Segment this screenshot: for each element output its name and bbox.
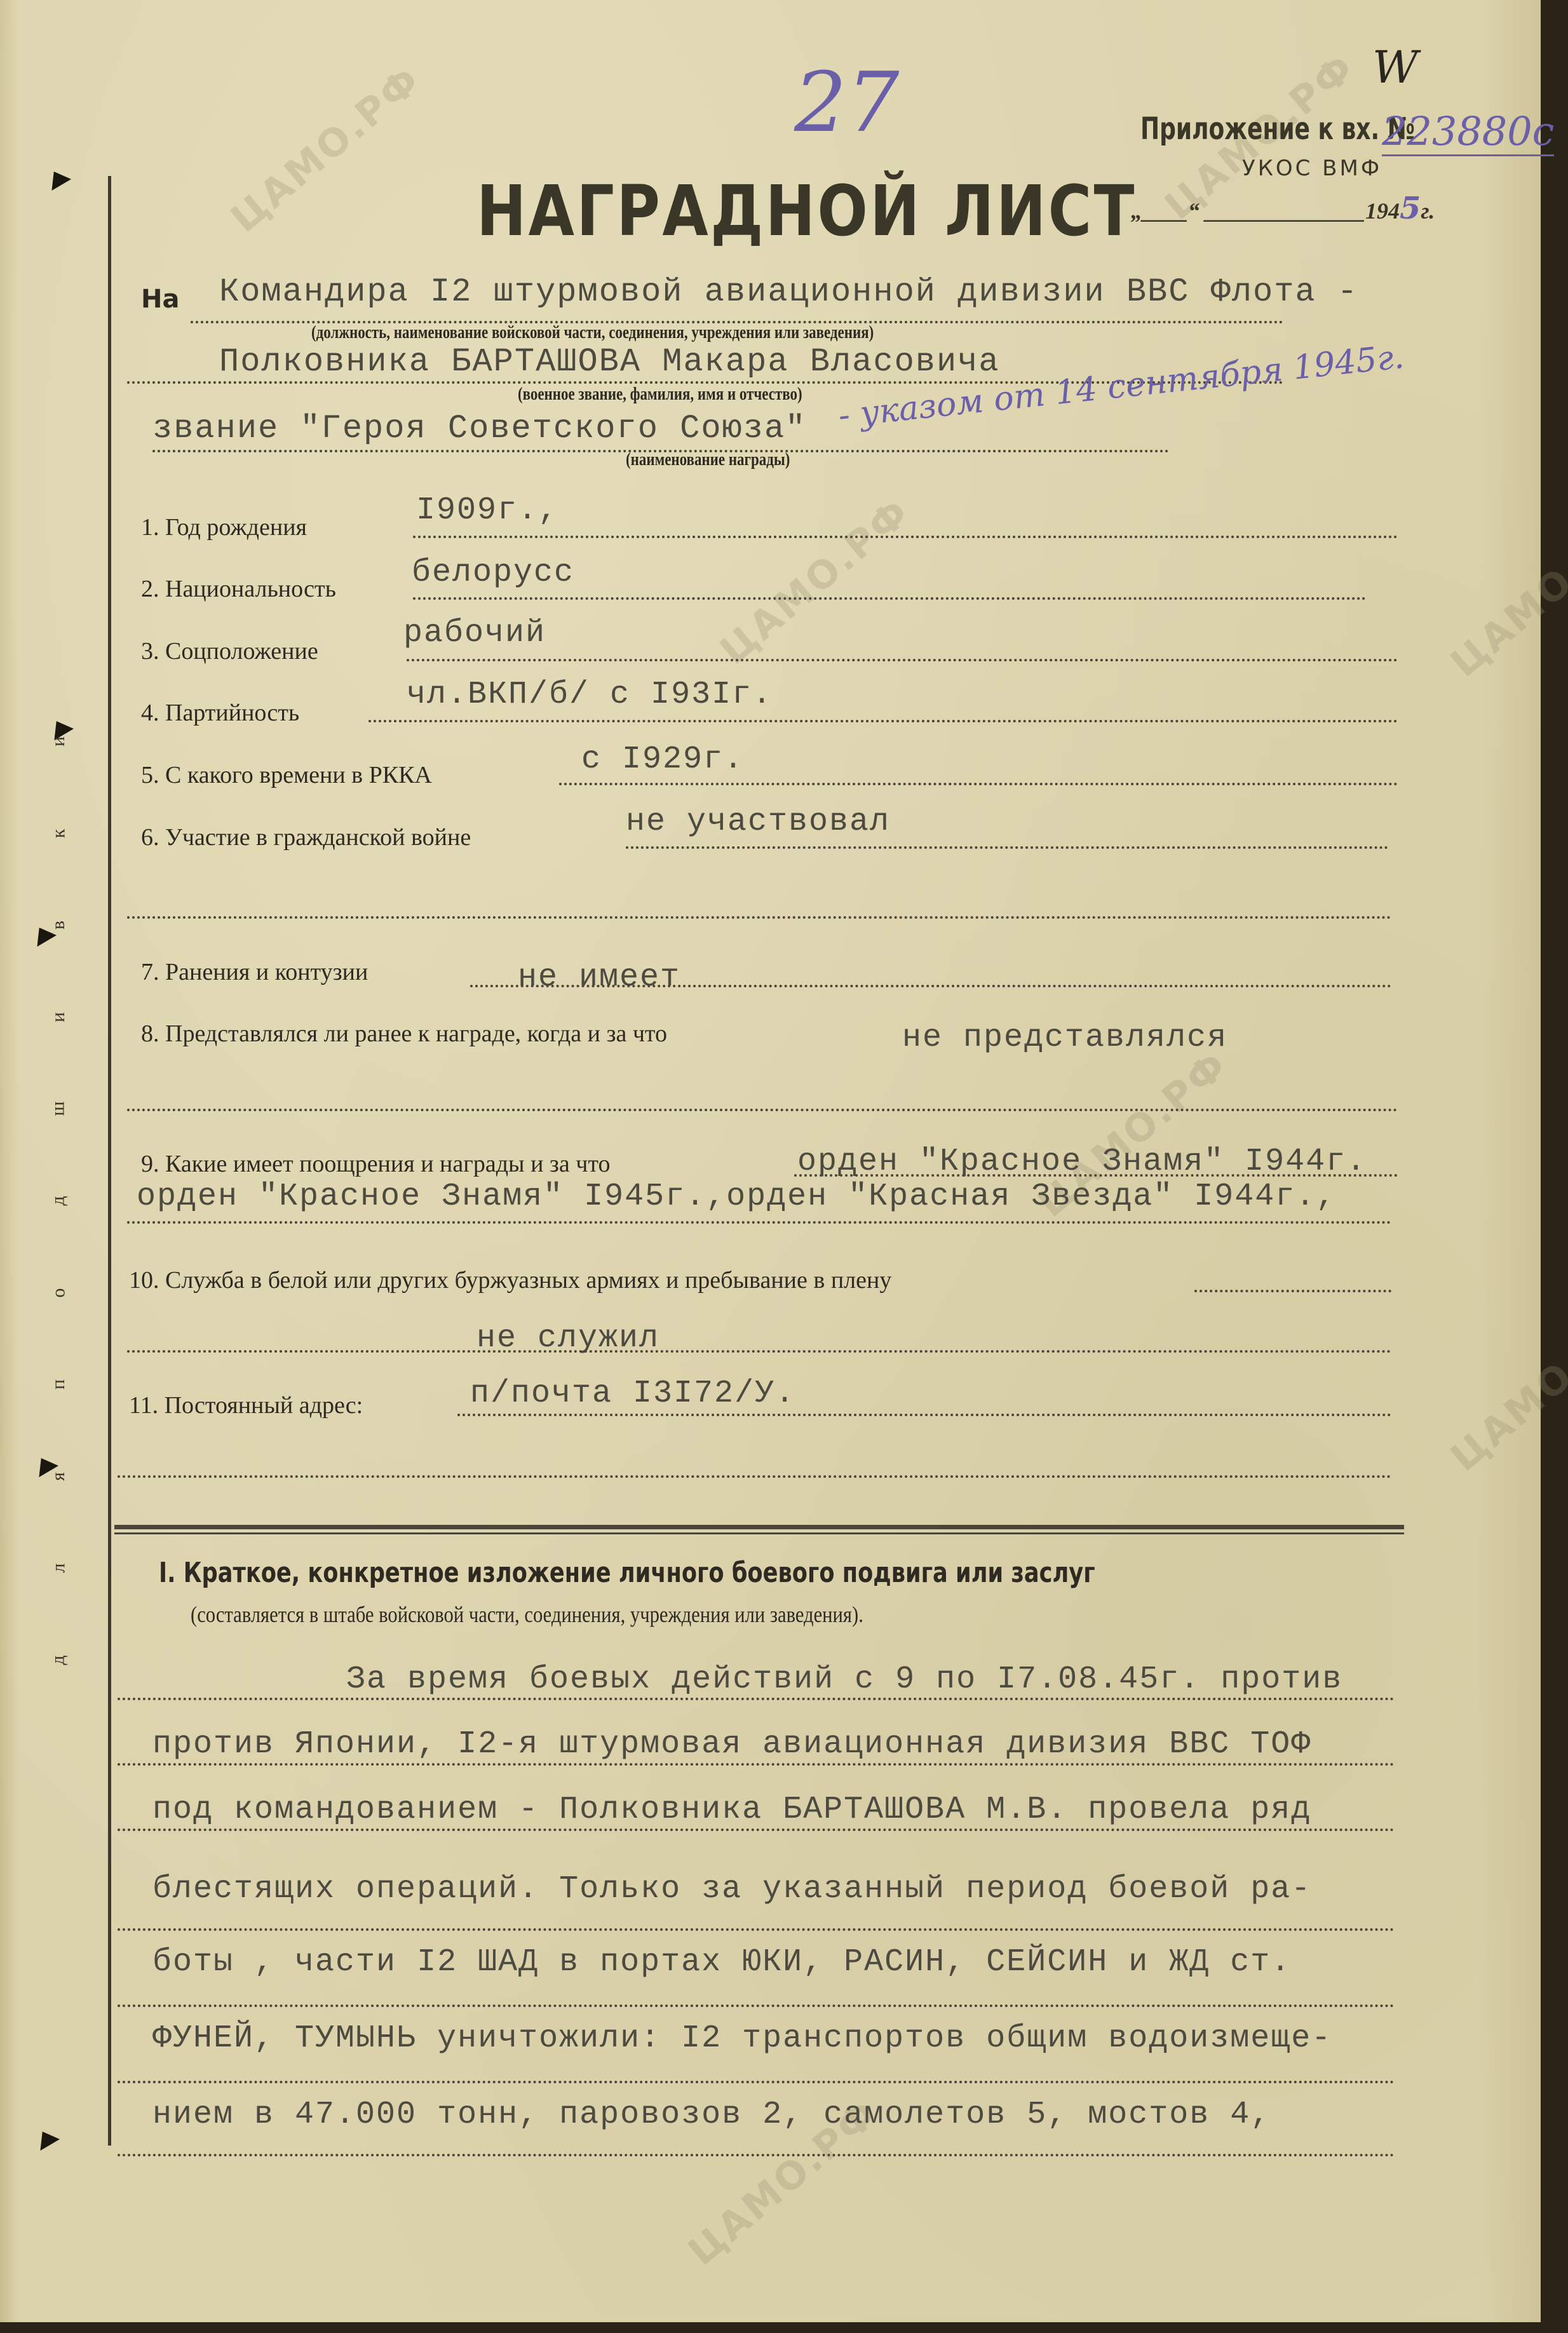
name-caption: (военное звание, фамилия, имя и отчество… [518,384,802,405]
field-label-prior-awards-nominations: 8. Представлялся ли ранее к награде, ког… [141,1020,667,1048]
field-value-social-status: рабочий [403,615,546,651]
field-label-white-army-service: 10. Служба в белой или других буржуазных… [129,1266,891,1294]
field-label-birth-year: 1. Год рождения [141,513,307,541]
archive-watermark: ЦАМО.РФ [1442,1296,1568,1480]
margin-letter: в [48,921,69,930]
fill-line [457,1414,1391,1416]
fill-line [413,597,1366,600]
narrative-line: блестящих операций. Только за указанный … [152,1871,1311,1907]
margin-letter: к [48,828,69,838]
corner-mark: W [1372,41,1418,93]
binding-margin-label: и к в и ш д о п я л д [39,731,78,1671]
stamp-date-suffix: г. [1421,198,1435,224]
position-value: Командира I2 штурмовой авиационной дивиз… [219,273,1358,311]
archive-watermark: ЦАМО.РФ [222,57,429,241]
field-label-red-army-since: 5. С какого времени в РККА [141,761,432,789]
fill-line [1194,1290,1391,1292]
fill-line [794,1174,1398,1177]
margin-letter: и [48,736,69,747]
award-sheet-page: ЦАМО.РФ ЦАМО.РФ ЦАМО.РФ ЦАМО.РФ ЦАМО.РФ … [0,0,1541,2322]
field-label-wounds: 7. Ранения и контузии [141,958,368,986]
field-value-civil-war: не участвовал [626,804,890,840]
section-divider [114,1532,1404,1534]
stamp-incoming-number: 223880с [1382,108,1554,156]
field-label-party: 4. Партийность [141,699,299,727]
field-label-awards: 9. Какие имеет поощрения и награды и за … [141,1150,611,1178]
stamp-office: УКОС ВМФ [1242,156,1382,181]
fill-line [127,1221,1391,1224]
margin-letter: ш [48,1102,69,1116]
fill-line [127,1350,1391,1353]
narrative-line: боты , части I2 ШАД в портах ЮКИ, РАСИН,… [152,1944,1291,1980]
margin-letter: я [48,1472,69,1481]
archive-watermark: ЦАМО.РФ [1442,502,1568,686]
stamp-appendix-line: Приложение к вх. № [1140,111,1415,147]
stamp-appendix-label: Приложение к вх. № [1140,111,1415,147]
binding-hole [38,2132,60,2151]
stamp-date-year: 194 [1365,198,1400,224]
margin-letter: л [48,1564,69,1573]
award-value: звание "Героя Советского Союза" [152,410,806,447]
fill-line [127,1109,1398,1111]
field-label-civil-war: 6. Участие в гражданской войне [141,823,471,851]
narrative-line: нием в 47.000 тонн, паровозов 2, самолет… [152,2097,1271,2133]
stamp-date-blank: „____“ ______________ [1131,198,1365,224]
fill-line [413,536,1398,538]
name-value: Полковника БАРТАШОВА Макара Власовича [219,343,1000,381]
fill-line [118,1829,1395,1831]
position-caption: (должность, наименование войсковой части… [311,323,874,343]
to-label: На [141,285,179,314]
section-subheading: (составляется в штабе войсковой части, с… [191,1601,863,1628]
field-label-nationality: 2. Национальность [141,575,336,603]
narrative-line: ФУНЕЙ, ТУМЫНЬ уничтожили: I2 транспортов… [152,2020,1332,2057]
field-value-birth-year: I909г., [416,492,558,529]
field-value-awards-continued: орден "Красное Знамя" I945г.,орден "Крас… [137,1179,1336,1215]
margin-letter: д [48,1655,69,1665]
margin-letter: и [48,1012,69,1022]
fill-line [118,2005,1395,2007]
page-number-handwritten: 27 [794,54,899,151]
field-label-address: 11. Постоянный адрес: [129,1391,363,1419]
field-value-party: чл.ВКП/б/ с I93Iг. [407,677,773,713]
narrative-line: За время боевых действий с 9 по I7.08.45… [346,1661,1342,1698]
document-title: НАГРАДНОЙ ЛИСТ [476,170,1137,252]
narrative-line: против Японии, I2-я штурмовая авиационна… [152,1726,1311,1762]
section-heading: I. Краткое, конкретное изложение личного… [159,1557,1095,1589]
field-value-red-army-since: с I929г. [581,741,744,778]
fill-line [118,1698,1395,1700]
archive-watermark: ЦАМО.РФ [712,489,919,673]
fill-line [118,1763,1395,1766]
fill-line [118,1928,1395,1931]
fill-line [118,2154,1395,2156]
fill-line [127,916,1391,919]
margin-letter: п [48,1379,69,1390]
binding-hole [50,172,71,191]
field-value-nationality: белорусс [412,555,574,591]
fill-line [470,985,1391,987]
narrative-line: под командованием - Полковника БАРТАШОВА… [152,1792,1311,1828]
fill-line [368,720,1398,722]
section-divider [114,1525,1404,1529]
field-value-wounds: не имеет [518,959,680,996]
field-value-address: п/почта I3I72/У. [470,1376,795,1412]
award-caption: (наименование награды) [626,450,790,470]
fill-line [118,1475,1391,1478]
margin-letter: д [48,1196,69,1205]
field-value-prior-awards-nominations: не представлялся [902,1020,1227,1056]
field-label-social-status: 3. Соцположение [141,637,318,665]
fill-line [559,783,1398,785]
fill-line [626,846,1388,849]
margin-letter: о [48,1288,69,1297]
stamp-date: „____“ ______________1945г. [1131,191,1435,226]
fill-line [407,659,1398,661]
binding-margin-line [108,176,111,2146]
fill-line [118,2081,1395,2083]
stamp-date-year-hand: 5 [1400,191,1421,226]
